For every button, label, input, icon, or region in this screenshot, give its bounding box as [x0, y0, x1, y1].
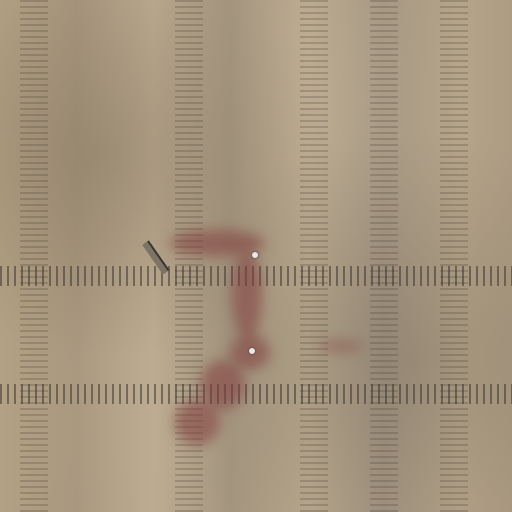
- horizontal-track-line: [0, 384, 512, 404]
- vertical-tire-track: [20, 0, 48, 512]
- stain: [175, 400, 220, 445]
- vertical-tire-track: [370, 0, 398, 512]
- vertical-tire-track: [300, 0, 328, 512]
- stain: [232, 250, 262, 340]
- aerial-field-image: [0, 0, 512, 512]
- marker: [252, 252, 258, 258]
- vertical-tire-track: [440, 0, 468, 512]
- stain: [318, 340, 363, 352]
- marker: [249, 348, 255, 354]
